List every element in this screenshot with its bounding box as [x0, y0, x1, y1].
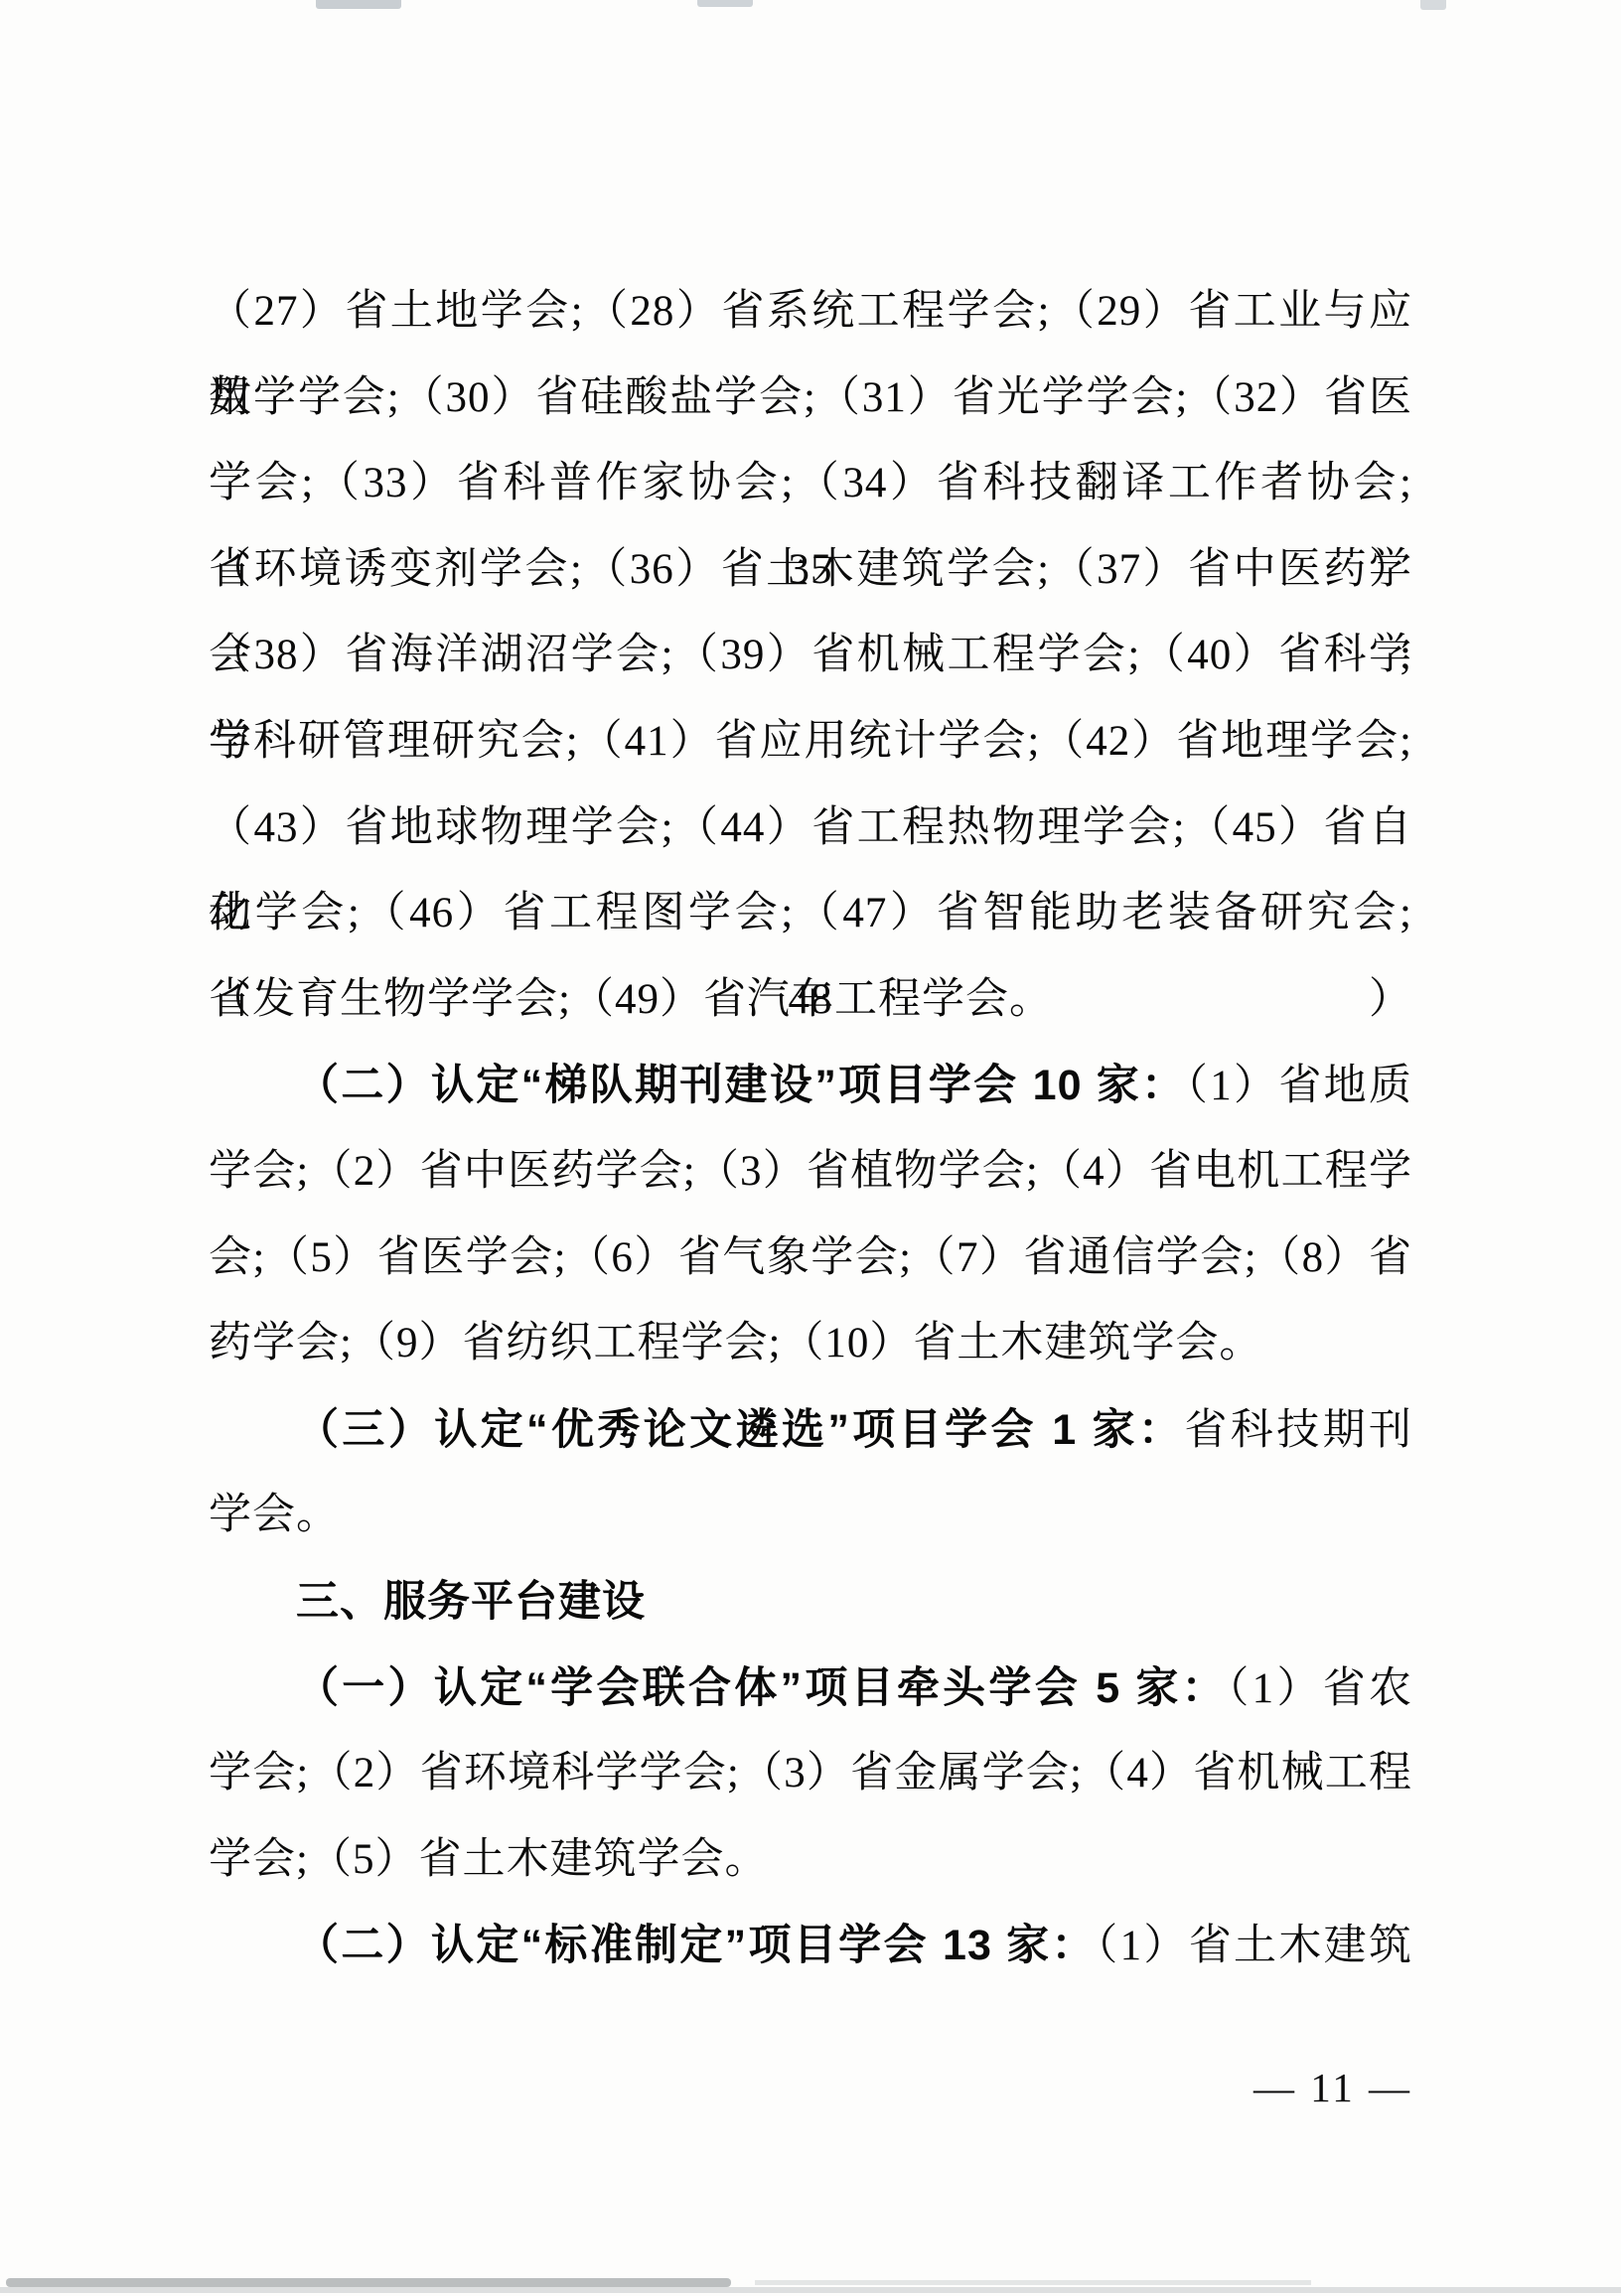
- heading-segment: （三）认定“优秀论文遴选”项目学会 1 家：: [296, 1406, 1184, 1454]
- text-segment: 省发育生物学学会;（49）省汽车工程学会。: [209, 976, 1053, 1023]
- page-number: — 11 —: [1253, 2064, 1412, 2111]
- text-line: 学会;（2）省中医药学会;（3）省植物学会;（4）省电机工程学: [209, 1129, 1412, 1216]
- text-line: 会;（5）省医学会;（6）省气象学会;（7）省通信学会;（8）省: [209, 1216, 1412, 1302]
- text-segment: 与科研管理研究会;（41）省应用统计学会;（42）省地理学会;: [209, 718, 1412, 765]
- text-segment: 学会;（2）省环境科学学会;（3）省金属学会;（4）省机械工程: [209, 1750, 1412, 1796]
- document-page: （27）省土地学会;（28）省系统工程学会;（29）省工业与应用数学学会;（30…: [0, 0, 1621, 2296]
- text-line: 与科研管理研究会;（41）省应用统计学会;（42）省地理学会;: [209, 699, 1412, 786]
- text-line: 学会;（2）省环境科学学会;（3）省金属学会;（4）省机械工程: [209, 1731, 1412, 1817]
- text-line: （二）认定“标准制定”项目学会 13 家：（1）省土木建筑: [209, 1903, 1412, 1989]
- text-line: 省环境诱变剂学会;（36）省土木建筑学会;（37）省中医药学会;: [209, 527, 1412, 614]
- text-segment: 省科技期刊: [1184, 1407, 1412, 1454]
- text-segment: 学会;（2）省中医药学会;（3）省植物学会;（4）省电机工程学: [209, 1148, 1412, 1195]
- text-line: 药学会;（9）省纺织工程学会;（10）省土木建筑学会。: [209, 1301, 1412, 1387]
- text-segment: （1）省地质: [1186, 1063, 1412, 1109]
- text-line: （27）省土地学会;（28）省系统工程学会;（29）省工业与应用: [209, 269, 1412, 356]
- text-line: （43）省地球物理学会;（44）省工程热物理学会;（45）省自动: [209, 786, 1412, 872]
- text-segment: 会;（5）省医学会;（6）省气象学会;（7）省通信学会;（8）省: [209, 1234, 1412, 1281]
- text-line: （38）省海洋湖沼学会;（39）省机械工程学会;（40）省科学学: [209, 613, 1412, 699]
- scan-artifact: [1420, 0, 1446, 10]
- text-segment: 学会。: [209, 1492, 340, 1538]
- heading-segment: （二）认定“标准制定”项目学会 13 家：: [296, 1922, 1097, 1969]
- text-segment: （1）省农: [1228, 1665, 1412, 1712]
- heading-segment: 三、服务平台建设: [296, 1578, 646, 1626]
- text-line: 三、服务平台建设: [209, 1559, 1412, 1646]
- text-line: 化学会;（46）省工程图学会;（47）省智能助老装备研究会;（48）: [209, 871, 1412, 957]
- text-line: 学会。: [209, 1473, 1412, 1559]
- text-segment: 学会;（5）省土木建筑学会。: [209, 1836, 768, 1883]
- text-segment: 数学学会;（30）省硅酸盐学会;（31）省光学学会;（32）省医: [209, 374, 1412, 421]
- scan-artifact: [6, 2278, 731, 2287]
- heading-segment: （二）认定“梯队期刊建设”项目学会 10 家：: [296, 1062, 1186, 1109]
- text-segment: 药学会;（9）省纺织工程学会;（10）省土木建筑学会。: [209, 1320, 1262, 1366]
- text-line: 学会;（33）省科普作家协会;（34）省科技翻译工作者协会;（35）: [209, 441, 1412, 527]
- text-line: 学会;（5）省土木建筑学会。: [209, 1817, 1412, 1904]
- scan-artifact: [697, 0, 753, 7]
- text-line: （二）认定“梯队期刊建设”项目学会 10 家：（1）省地质: [209, 1043, 1412, 1129]
- document-body: （27）省土地学会;（28）省系统工程学会;（29）省工业与应用数学学会;（30…: [209, 269, 1412, 1989]
- scan-artifact: [755, 2280, 1311, 2285]
- text-line: （三）认定“优秀论文遴选”项目学会 1 家：省科技期刊: [209, 1387, 1412, 1474]
- text-segment: （1）省土木建筑: [1097, 1923, 1412, 1969]
- heading-segment: （一）认定“学会联合体”项目牵头学会 5 家：: [296, 1664, 1228, 1712]
- text-line: （一）认定“学会联合体”项目牵头学会 5 家：（1）省农: [209, 1646, 1412, 1732]
- scan-artifact: [0, 2287, 1621, 2293]
- text-line: 数学学会;（30）省硅酸盐学会;（31）省光学学会;（32）省医: [209, 356, 1412, 442]
- scan-artifact: [316, 0, 401, 9]
